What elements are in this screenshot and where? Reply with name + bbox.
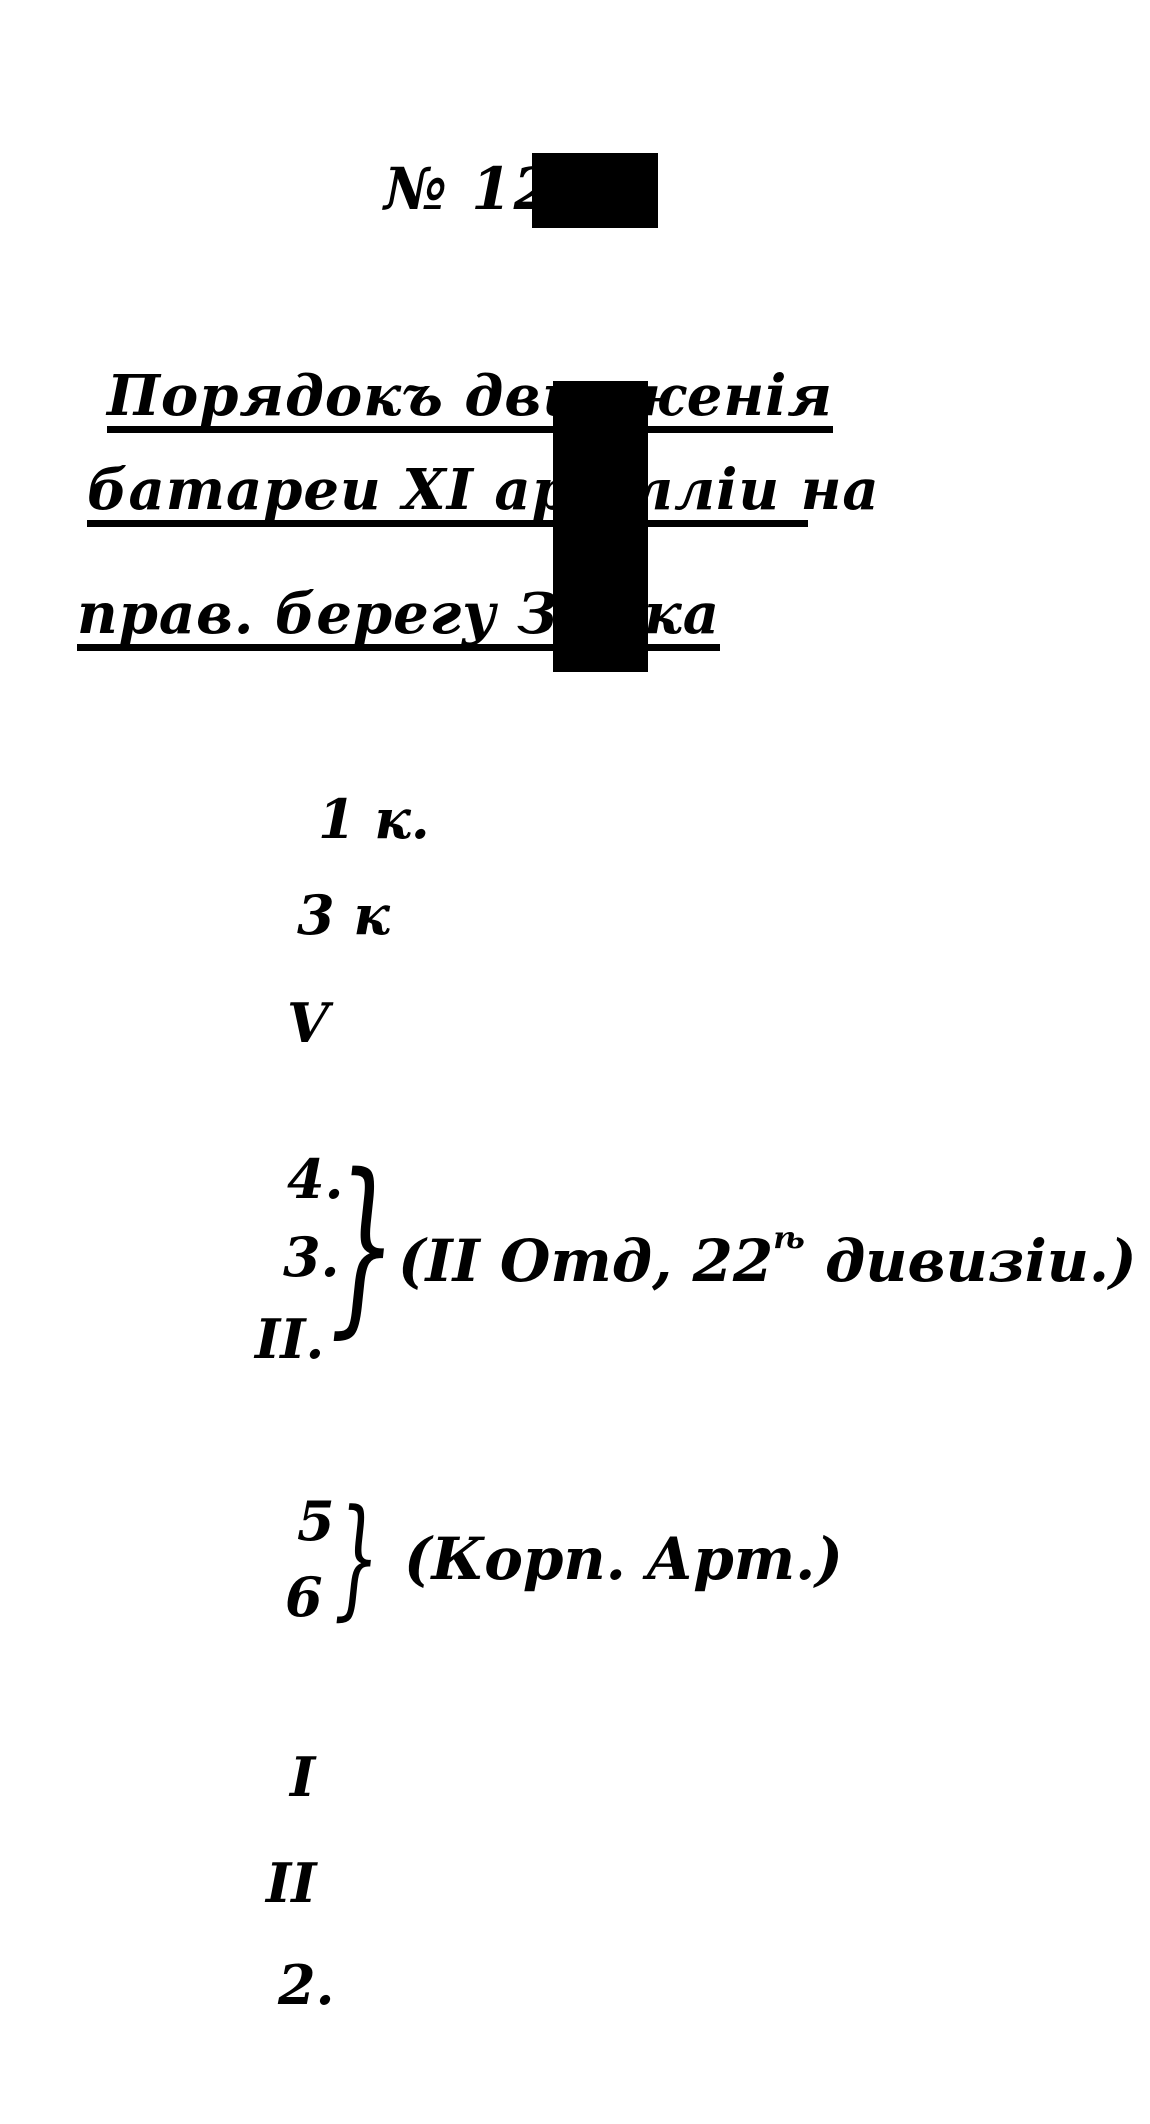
title-line-2-right: лліи на xyxy=(632,462,880,518)
note-word: дивизіи. xyxy=(825,1227,1109,1295)
note-open-paren: ( xyxy=(404,1525,431,1593)
right-brace-icon: } xyxy=(334,1492,379,1622)
list-item: 6 xyxy=(285,1570,323,1624)
bracket-note-corps-artillery: (Корп. Арт.) xyxy=(404,1530,843,1588)
redaction-box-header xyxy=(532,153,658,228)
bracket-note-division: (II Отд, 22ѣ дивизіи.) xyxy=(398,1232,1137,1290)
list-item: 3 к xyxy=(297,888,390,942)
list-item: II xyxy=(266,1856,317,1910)
note-close-paren: ) xyxy=(1109,1227,1136,1295)
note-number-suffix: ѣ xyxy=(773,1221,805,1256)
list-item: II. xyxy=(255,1312,324,1366)
note-text: Корп. Арт. xyxy=(431,1525,815,1593)
list-item: V xyxy=(287,996,329,1050)
list-item: I xyxy=(290,1750,315,1804)
list-item: 1 к. xyxy=(318,792,430,846)
list-item: 5 xyxy=(297,1494,335,1548)
document-number: № 12 xyxy=(384,160,556,218)
note-unit: II Отд, xyxy=(425,1227,672,1295)
note-number: 22 xyxy=(693,1227,774,1295)
note-open-paren: ( xyxy=(398,1227,425,1295)
title-line-3-right: ка xyxy=(644,586,720,642)
redaction-bar-title xyxy=(553,381,648,672)
title-line-1: Порядокъ дви женія xyxy=(107,368,833,433)
title-line-1-left: Порядокъ дви xyxy=(107,368,584,424)
right-brace-icon: } xyxy=(330,1150,396,1340)
list-item: 2. xyxy=(278,1958,334,2012)
title-line-2-left: батареи XI арт xyxy=(87,462,632,518)
title-line-2: батареи XI арт лліи на xyxy=(87,462,808,527)
note-close-paren: ) xyxy=(815,1525,842,1593)
